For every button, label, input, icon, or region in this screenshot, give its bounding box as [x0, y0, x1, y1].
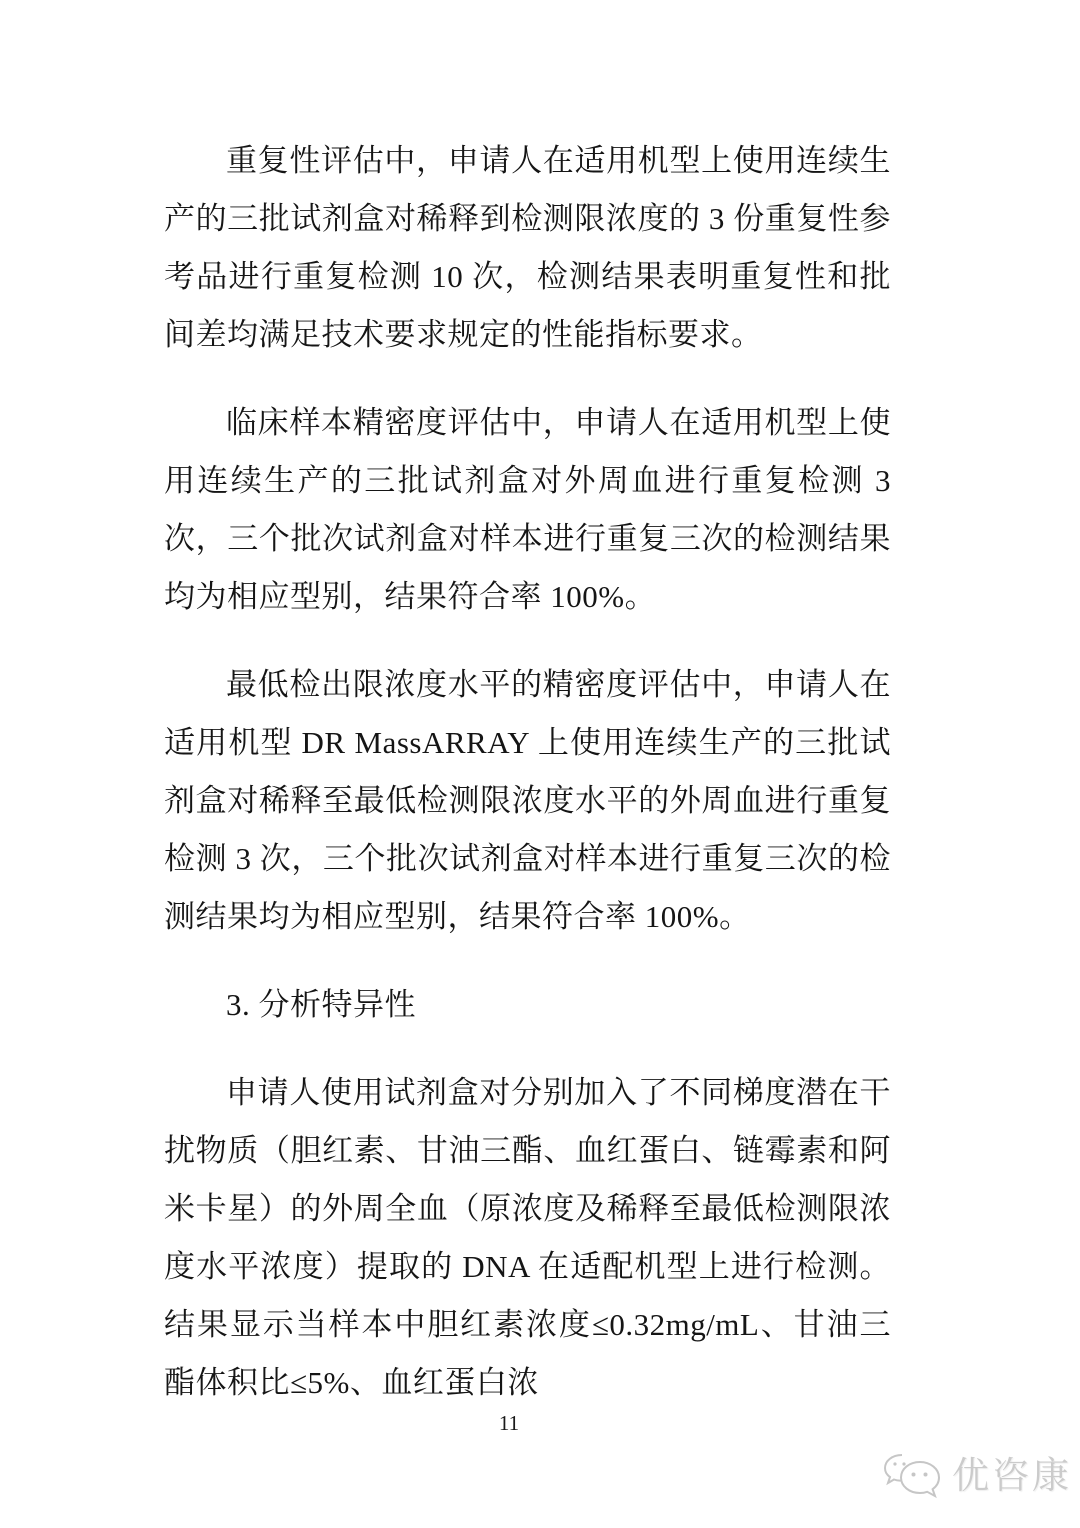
watermark-label: 优咨康 [952, 1456, 1072, 1496]
paragraph: 3. 分析特异性 [164, 976, 891, 1034]
paragraph: 临床样本精密度评估中，申请人在适用机型上使用连续生产的三批试剂盒对外周血进行重复… [164, 394, 891, 626]
paragraph: 重复性评估中，申请人在适用机型上使用连续生产的三批试剂盒对稀释到检测限浓度的 3… [164, 132, 891, 364]
paragraph: 最低检出限浓度水平的精密度评估中，申请人在适用机型 DR MassARRAY 上… [164, 656, 891, 946]
document-body: 重复性评估中，申请人在适用机型上使用连续生产的三批试剂盒对稀释到检测限浓度的 3… [164, 132, 891, 1442]
paragraph: 申请人使用试剂盒对分别加入了不同梯度潜在干扰物质（胆红素、甘油三酯、血红蛋白、链… [164, 1064, 891, 1412]
watermark: 优咨康 [880, 1448, 1072, 1504]
page-number: 11 [164, 1410, 854, 1436]
wechat-icon [880, 1448, 944, 1504]
document-page: 重复性评估中，申请人在适用机型上使用连续生产的三批试剂盒对稀释到检测限浓度的 3… [0, 0, 1080, 1528]
